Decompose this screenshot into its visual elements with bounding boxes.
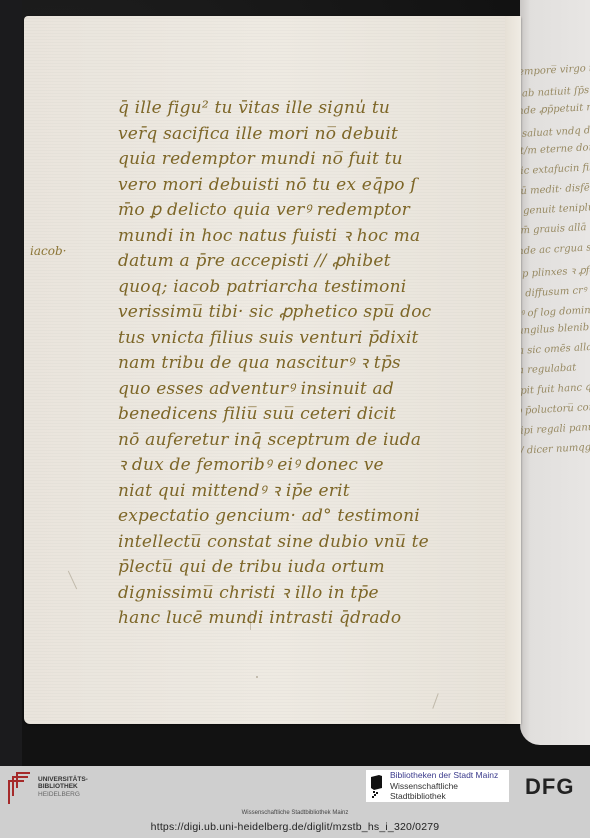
- facing-page: tempore̅ virgo in medio ꝛ ab natiuit ſp̄…: [520, 0, 590, 745]
- text-line: verissimu̅ tibi· sic ꝓphetico spu̅ doc: [118, 300, 488, 326]
- text-line: ver̄q sacifica ille mori no̅ debuit: [118, 122, 488, 148]
- text-line: datum a p̄re accepisti // ꝓhibet: [118, 249, 488, 275]
- facing-line: ꝓ p̄oluctoru̅ con: [520, 402, 590, 417]
- text-line: dignissimu̅ christi ꝛ illo in tp̄e: [118, 581, 488, 607]
- facing-line: nū medit· disfēr ſe: [520, 182, 590, 198]
- facing-line: gꝰ of log domin: [520, 302, 590, 320]
- ub-heidelberg-icon: [6, 772, 30, 802]
- facing-line: ꝗ/ dicer numqg: [520, 442, 590, 457]
- text-line: ꝛ dux de femoribꝰ eiꝰ donec ve: [118, 453, 488, 479]
- mainz-logo-line1: Bibliotheken der Stadt Mainz: [390, 770, 509, 781]
- facing-line: ꝑpit fuit hanc q: [520, 382, 590, 397]
- facing-line: iungilus blenib: [520, 322, 589, 337]
- binding-edge: [0, 0, 22, 766]
- facing-line: ꝛ saluat vndq de: [520, 122, 590, 140]
- text-line: intellectu̅ constat sine dubio vnu̅ te: [118, 530, 488, 556]
- library-caption: Wissenschaftliche Stadtbibliothek Mainz: [0, 810, 590, 816]
- facing-line: ꝛ ab natiuit ſp̄s: [520, 82, 589, 100]
- facing-line: ꝛ p plinxes ꝛ ꝓfe: [520, 262, 590, 280]
- ub-logo-line1: UNIVERSITÄTS-: [38, 776, 88, 784]
- ub-heidelberg-logo[interactable]: UNIVERSITÄTS- BIBLIOTHEK HEIDELBERG: [6, 772, 88, 802]
- facing-line: dipi regali panu: [520, 422, 590, 437]
- facing-line: ꝛ· diffusum crꝰ: [520, 282, 587, 300]
- text-line: m̄o ꝑ delicto quia verꝰ redemptor: [118, 198, 488, 224]
- facing-line: tempore̅ virgo in medio: [520, 61, 590, 78]
- facing-line: inde ꝓp̄petuit nō: [520, 102, 590, 117]
- mainz-logo-line2: Wissenschaftliche Stadtbibliothek: [390, 781, 509, 802]
- ub-logo-line3: HEIDELBERG: [38, 791, 88, 799]
- text-line: mundi in hoc natus fuisti ꝛ hoc ma: [118, 224, 488, 250]
- manuscript-text: q̄ ille figu² tu v̄itas ille signu̍ tu v…: [118, 96, 488, 632]
- facing-line: at/m eterne donū: [520, 142, 590, 158]
- facing-line: inde ac crgua sort: [520, 242, 590, 258]
- page-fold: [505, 16, 521, 724]
- book-icon: [370, 774, 384, 798]
- text-line: q̄ ille figu² tu v̄itas ille signu̍ tu: [118, 96, 488, 122]
- footer: UNIVERSITÄTS- BIBLIOTHEK HEIDELBERG Bibl…: [0, 766, 590, 838]
- text-line: niat qui mittendꝰ ꝛ ip̄e erit: [118, 479, 488, 505]
- text-line: tus vnicta filius suis venturi p̄dixit: [118, 326, 488, 352]
- text-line: nō auferetur inq̄ sceptrum de iuda: [118, 428, 488, 454]
- text-line: hanc lucē mundi intrasti q̄drado: [118, 606, 488, 632]
- mainz-library-logo[interactable]: Bibliotheken der Stadt Mainz Wissenschaf…: [366, 770, 509, 802]
- facing-line: hic extafucin filio: [520, 162, 590, 178]
- text-line: quia redemptor mundi no̅ fuit tu: [118, 147, 488, 173]
- text-line: quo esses adventurꝰ insinuit ad: [118, 377, 488, 403]
- facing-line: pm̄ grauis allā: [520, 222, 587, 237]
- facing-line: ē genuit teniplum: [520, 202, 590, 218]
- text-line: nam tribu de qua nasciturꝰ ꝛ tp̄s: [118, 351, 488, 377]
- permalink-url[interactable]: https://digi.ub.uni-heidelberg.de/diglit…: [0, 821, 590, 833]
- facing-line: ta regulabat: [520, 362, 576, 376]
- margin-note: iacob·: [30, 244, 66, 258]
- text-line: benedicens filiu̅ suu̅ ceteri dicit: [118, 402, 488, 428]
- ub-logo-line2: BIBLIOTHEK: [38, 783, 88, 791]
- text-line: expectatio gencium· ad° testimoni: [118, 504, 488, 530]
- facing-line: ta sic omēs alla: [520, 342, 590, 357]
- page-mark: [256, 676, 258, 678]
- text-line: p̄lectu̅ qui de tribu iuda ortum: [118, 555, 488, 581]
- dfg-logo[interactable]: DFG: [525, 774, 574, 800]
- manuscript-scan: tempore̅ virgo in medio ꝛ ab natiuit ſp̄…: [0, 0, 590, 766]
- text-line: quoq; iacob patriarcha testimoni: [118, 275, 488, 301]
- text-line: vero mori debuisti nō tu ex eq̄po ſ: [118, 173, 488, 199]
